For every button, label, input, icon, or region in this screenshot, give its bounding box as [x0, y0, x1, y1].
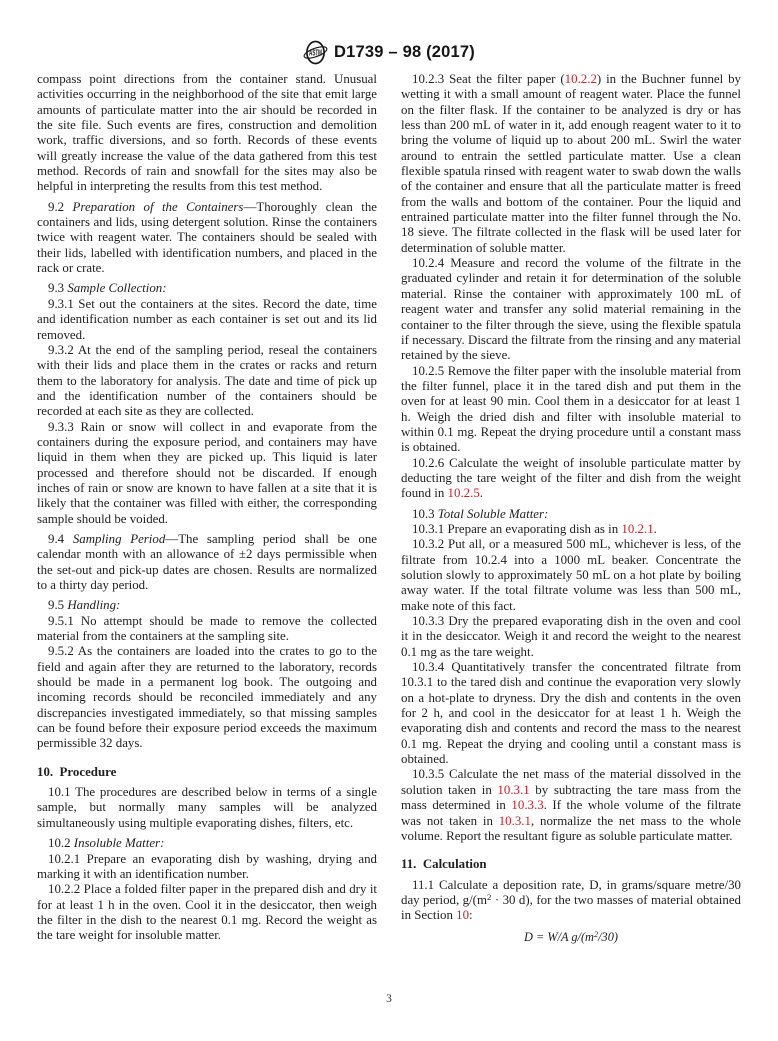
paragraph-p3: 9.3.2 At the end of the sampling period,…: [37, 343, 377, 420]
text-columns: compass point directions from the contai…: [37, 72, 742, 945]
text-segment: 2: [487, 892, 491, 902]
text-segment: 10.3: [412, 507, 438, 521]
paragraph-p2: 9.4 Sampling Period—The sampling period …: [37, 532, 377, 593]
text-segment: 9.3: [48, 281, 67, 295]
text-segment: .: [654, 522, 657, 536]
paragraph-cont: compass point directions from the contai…: [37, 72, 377, 195]
paragraph-p3: 10.3.2 Put all, or a measured 500 mL, wh…: [401, 537, 741, 614]
paragraph-p3: 10.3.1 Prepare an evaporating dish as in…: [401, 522, 741, 537]
text-segment: 9.5.1 No attempt should be made to remov…: [37, 614, 377, 643]
page-footer: 3: [0, 993, 778, 1005]
paragraph-h: 10. Procedure: [37, 765, 377, 780]
paragraph-p2: 11.1 Calculate a deposition rate, D, in …: [401, 878, 741, 924]
text-segment: 10. Procedure: [37, 765, 116, 779]
paragraph-p3: 9.3.1 Set out the containers at the site…: [37, 297, 377, 343]
cross-reference: 10.3.1: [499, 814, 531, 828]
text-segment: 10.2.4 Measure and record the volume of …: [401, 256, 741, 362]
text-segment: 9.4: [48, 532, 73, 546]
text-segment: 10.1 The procedures are described below …: [37, 785, 377, 830]
text-segment: 10.2: [48, 836, 74, 850]
cross-reference: 10.2.2: [565, 72, 597, 86]
astm-logo-icon: ASTM: [303, 40, 328, 65]
page-header: ASTM D1739 – 98 (2017): [0, 38, 778, 66]
paragraph-p3: 9.3.3 Rain or snow will collect in and e…: [37, 420, 377, 527]
text-segment: Insoluble Matter:: [74, 836, 165, 850]
paragraph-p3: 10.2.4 Measure and record the volume of …: [401, 256, 741, 363]
text-segment: ) in the Buchner funnel by wetting it wi…: [401, 72, 741, 255]
text-segment: 10.2.5 Remove the filter paper with the …: [401, 364, 741, 455]
text-segment: 9.3.1 Set out the containers at the site…: [37, 297, 377, 342]
paragraph-p3: 9.5.1 No attempt should be made to remov…: [37, 614, 377, 645]
cross-reference: 10.3.1: [497, 783, 529, 797]
right-column: 10.2.3 Seat the filter paper (10.2.2) in…: [401, 72, 741, 945]
paragraph-p3: 10.3.3 Dry the prepared evaporating dish…: [401, 614, 741, 660]
paragraph-p3: 10.3.5 Calculate the net mass of the mat…: [401, 767, 741, 844]
text-segment: Sample Collection:: [67, 281, 166, 295]
paragraph-p2: 9.5 Handling:: [37, 598, 377, 613]
text-segment: 10.3.3 Dry the prepared evaporating dish…: [401, 614, 741, 659]
text-segment: :: [469, 908, 473, 922]
cross-reference: 10.2.1: [621, 522, 653, 536]
text-segment: 11. Calculation: [401, 857, 487, 871]
text-segment: 9.5.2 As the containers are loaded into …: [37, 644, 377, 750]
text-segment: 10.3.1 Prepare an evaporating dish as in: [412, 522, 621, 536]
paragraph-p2: 9.2 Preparation of the Containers—Thorou…: [37, 200, 377, 277]
paragraph-p3: 10.3.4 Quantitatively transfer the conce…: [401, 660, 741, 767]
cross-reference: 10.3.3: [511, 798, 543, 812]
paragraph-p2: 10.2 Insoluble Matter:: [37, 836, 377, 851]
paragraph-p2: 10.3 Total Soluble Matter:: [401, 507, 741, 522]
text-segment: 10.3.4 Quantitatively transfer the conce…: [401, 660, 741, 766]
text-segment: 9.5: [48, 598, 67, 612]
paragraph-p3: 10.2.6 Calculate the weight of insoluble…: [401, 456, 741, 502]
text-segment: D = W/A g/(m: [524, 930, 594, 944]
text-segment: Preparation of the Containers: [73, 200, 244, 214]
astm-logo-text: ASTM: [309, 48, 322, 57]
text-segment: Handling:: [67, 598, 120, 612]
text-segment: /30): [598, 930, 618, 944]
text-segment: 10.2.2 Place a folded filter paper in th…: [37, 882, 377, 942]
paragraph-p3: 10.2.2 Place a folded filter paper in th…: [37, 882, 377, 943]
text-segment: 9.3.3 Rain or snow will collect in and e…: [37, 420, 377, 526]
page-number: 3: [386, 993, 392, 1005]
document-code: D1739 – 98 (2017): [334, 43, 475, 62]
cross-reference: 10.2.5: [448, 486, 480, 500]
paragraph-formula: D = W/A g/(m2/30): [401, 930, 741, 945]
paragraph-p2: 9.3 Sample Collection:: [37, 281, 377, 296]
paragraph-p2: 10.1 The procedures are described below …: [37, 785, 377, 831]
paragraph-p3: 10.2.3 Seat the filter paper (10.2.2) in…: [401, 72, 741, 256]
text-segment: .: [480, 486, 483, 500]
text-segment: 10.3.2 Put all, or a measured 500 mL, wh…: [401, 537, 741, 612]
paragraph-p3: 10.2.1 Prepare an evaporating dish by wa…: [37, 852, 377, 883]
text-segment: 2: [594, 930, 598, 939]
text-segment: compass point directions from the contai…: [37, 72, 377, 193]
document-page: ASTM D1739 – 98 (2017) compass point dir…: [0, 0, 778, 1041]
text-segment: 10.2.1 Prepare an evaporating dish by wa…: [37, 852, 377, 881]
paragraph-h: 11. Calculation: [401, 857, 741, 872]
text-segment: Total Soluble Matter:: [438, 507, 549, 521]
text-segment: 9.3.2 At the end of the sampling period,…: [37, 343, 377, 418]
paragraph-p3: 10.2.5 Remove the filter paper with the …: [401, 364, 741, 456]
paragraph-p3: 9.5.2 As the containers are loaded into …: [37, 644, 377, 751]
left-column: compass point directions from the contai…: [37, 72, 377, 945]
cross-reference: 10: [456, 908, 469, 922]
text-segment: 10.2.3 Seat the filter paper (: [412, 72, 565, 86]
text-segment: Sampling Period: [73, 532, 165, 546]
text-segment: 9.2: [48, 200, 73, 214]
